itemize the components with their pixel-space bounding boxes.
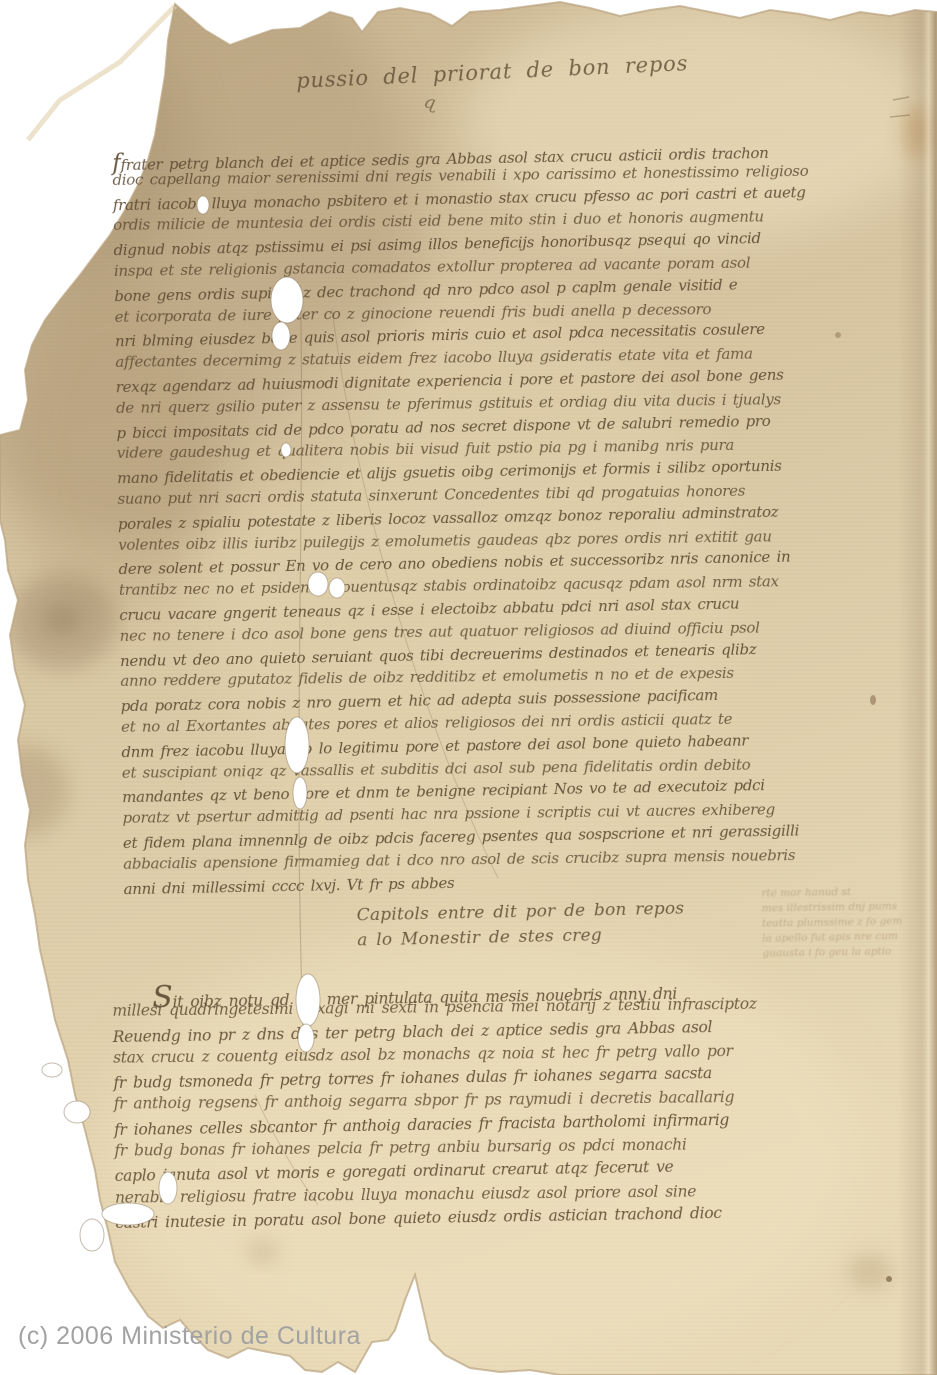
scanned-manuscript-page: pussio del priorat de bon repos ɋ ffrate… xyxy=(0,0,937,1375)
parchment-holes xyxy=(0,0,937,1375)
copyright-watermark: (c) 2006 Ministerio de Cultura xyxy=(18,1322,361,1351)
